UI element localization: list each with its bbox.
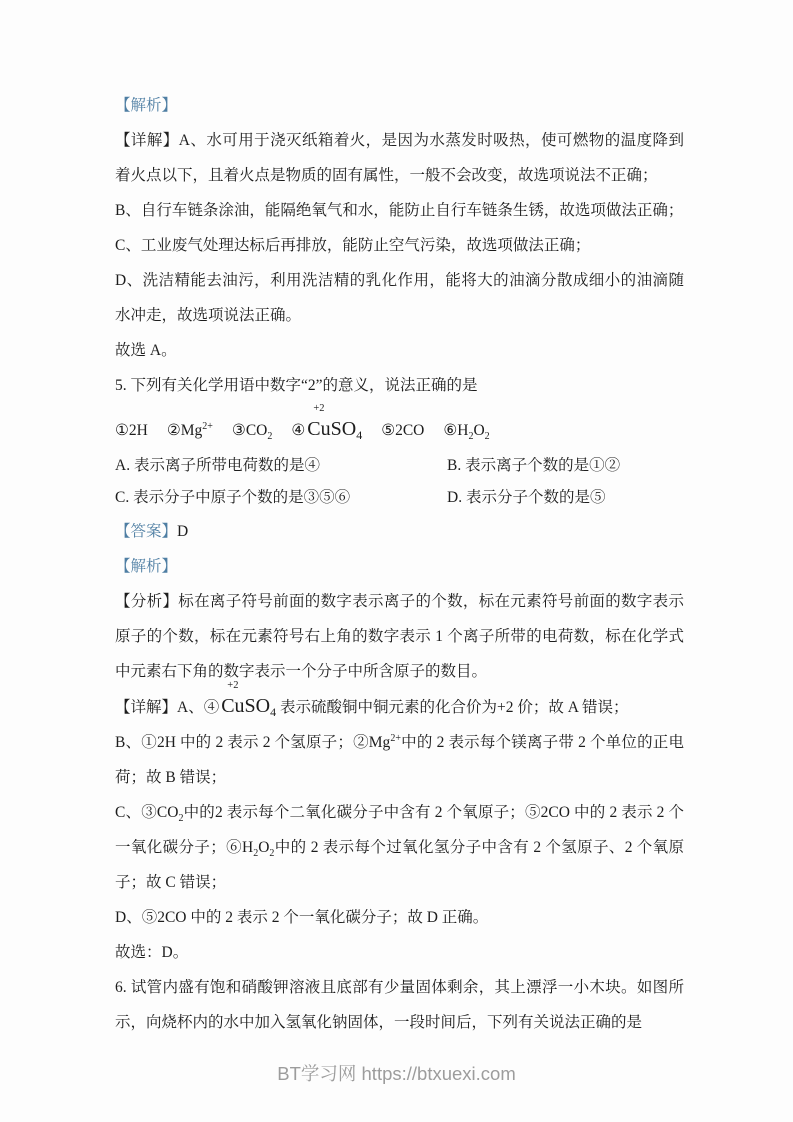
q5-options: A. 表示离子所带电荷数的是④B. 表示离子个数的是①②C. 表示分子中原子个数… <box>115 450 684 514</box>
site-footer: BT学习网 https://btxuexi.com <box>0 1060 793 1086</box>
bracket-marker: 【解析】 <box>115 97 177 114</box>
bracket-marker: 【解析】 <box>115 558 177 575</box>
option-d: D. 表示分子个数的是⑤ <box>447 482 684 514</box>
document-content: 【解析】【详解】A、水可用于浇灭纸箱着火，是因为水蒸发时吸热，使可燃物的温度降到… <box>115 88 684 1040</box>
q5-explain-b: B、①2H 中的 2 表示 2 个氢原子；②Mg2+中的 2 表示每个镁离子带 … <box>115 725 684 795</box>
option-c: C. 表示分子中原子个数的是③⑤⑥ <box>115 482 447 514</box>
q4-explain-c: C、工业废气处理达标后再排放，能防止空气污染，故选项做法正确； <box>115 228 684 263</box>
option-a: A. 表示离子所带电荷数的是④ <box>115 450 447 482</box>
q4-explain-b: B、自行车链条涂油，能隔绝氧气和水，能防止自行车链条生锈，故选项做法正确； <box>115 193 684 228</box>
q5-explain-c: C、③CO2中的2 表示每个二氧化碳分子中含有 2 个氧原子；⑤2CO 中的 2… <box>115 795 684 900</box>
q5-answer: 【答案】D <box>115 514 684 549</box>
analysis-label-q5: 【解析】 <box>115 549 684 584</box>
q4-conclusion: 故选 A。 <box>115 333 684 368</box>
q5-explain-d: D、⑤2CO 中的 2 表示 2 个一氧化碳分子；故 D 正确。 <box>115 900 684 935</box>
analysis-label-q4: 【解析】 <box>115 88 684 123</box>
q5-explain-a: 【详解】A、④+2CuSO4 表示硫酸铜中铜元素的化合价为+2 价；故 A 错误… <box>115 689 684 725</box>
q4-explain-d: D、洗洁精能去油污，利用洗洁精的乳化作用，能将大的油滴分散成细小的油滴随水冲走，… <box>115 263 684 333</box>
oxidation-state-formula: +2Cu <box>221 689 244 725</box>
q6-stem: 6. 试管内盛有饱和硝酸钾溶液且底部有少量固体剩余，其上漂浮一小木块。如图所示，… <box>115 970 684 1040</box>
q5-conclusion: 故选：D。 <box>115 935 684 970</box>
option-b: B. 表示离子个数的是①② <box>447 450 684 482</box>
q5-stem: 5. 下列有关化学用语中数字“2”的意义，说法正确的是 <box>115 368 684 403</box>
q4-explain-a: 【详解】A、水可用于浇灭纸箱着火，是因为水蒸发时吸热，使可燃物的温度降到着火点以… <box>115 123 684 193</box>
document-page: 【解析】【详解】A、水可用于浇灭纸箱着火，是因为水蒸发时吸热，使可燃物的温度降到… <box>0 0 793 1122</box>
oxidation-state-formula: +2Cu <box>307 412 330 448</box>
q5-formula-list: ①2H②Mg2+③CO2④+2CuSO4⑤2CO⑥H2O2 <box>115 403 684 450</box>
bracket-marker: 【答案】 <box>115 523 177 540</box>
q5-analysis: 【分析】标在离子符号前面的数字表示离子的个数，标在元素符号前面的数字表示原子的个… <box>115 584 684 689</box>
